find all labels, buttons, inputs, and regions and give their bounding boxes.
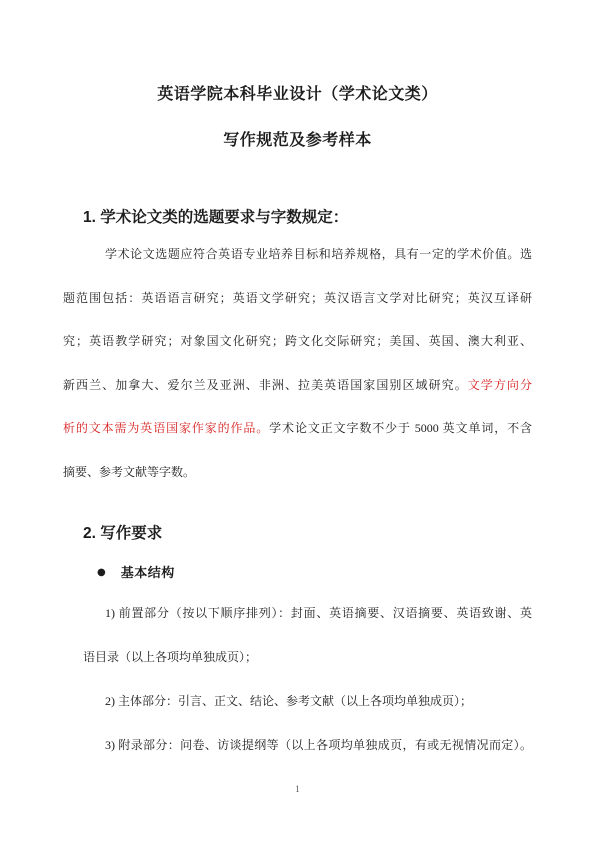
section1-paragraph: 学术论文选题应符合英语专业培养目标和培养规格，具有一定的学术价值。选 题范围包括…	[63, 233, 532, 494]
page-subtitle: 写作规范及参考样本	[63, 131, 532, 151]
bullet-label: 基本结构	[121, 563, 175, 583]
paragraph-text: 新西兰、加拿大、爱尔兰及亚洲、非洲、拉美英语国家国别区域研究。	[63, 378, 468, 392]
page-title: 英语学院本科毕业设计（学术论文类）	[63, 85, 532, 105]
list-item-3: 3) 附录部分：问卷、访谈提纲等（以上各项均单独成页，有或无视情况而定）。	[83, 723, 532, 767]
paragraph-line: 学术论文选题应符合英语专业培养目标和培养规格，具有一定的学术价值。选	[63, 233, 532, 277]
bullet-icon: ●	[97, 563, 106, 583]
paragraph-text: 摘要、参考文献等字数。	[63, 465, 195, 479]
red-emphasis-text: 文学方向分	[468, 378, 532, 392]
paragraph-line: 题范围包括：英语语言研究；英语文学研究；英汉语言文学对比研究；英汉互译研	[63, 277, 532, 321]
section1-heading: 1. 学术论文类的选题要求与字数规定：	[63, 208, 532, 227]
paragraph-line: 摘要、参考文献等字数。	[63, 451, 532, 495]
paragraph-line: 新西兰、加拿大、爱尔兰及亚洲、非洲、拉美英语国家国别区域研究。文学方向分	[63, 364, 532, 408]
list-item-1-line-1: 1) 前置部分（按以下顺序排列）：封面、英语摘要、汉语摘要、英语致谢、英	[83, 591, 532, 635]
paragraph-text: 学术论文正文字数不少于 5000 英文单词，不含	[269, 421, 532, 435]
red-emphasis-text: 析的文本需为英语国家作家的作品。	[63, 421, 269, 435]
paragraph-line: 究；英语教学研究；对象国文化研究；跨文化交际研究；美国、英国、澳大利亚、	[63, 320, 532, 364]
paragraph-line: 析的文本需为英语国家作家的作品。学术论文正文字数不少于 5000 英文单词，不含	[63, 407, 532, 451]
document-page: 英语学院本科毕业设计（学术论文类） 写作规范及参考样本 1. 学术论文类的选题要…	[0, 0, 595, 842]
list-item-2: 2) 主体部分：引言、正文、结论、参考文献（以上各项均单独成页）；	[83, 679, 532, 723]
paragraph-text: 学术论文选题应符合英语专业培养目标和培养规格，具有一定的学术价值。选	[105, 247, 532, 261]
numbered-list: 1) 前置部分（按以下顺序排列）：封面、英语摘要、汉语摘要、英语致谢、英 语目录…	[63, 591, 532, 767]
paragraph-text: 究；英语教学研究；对象国文化研究；跨文化交际研究；美国、英国、澳大利亚、	[63, 334, 532, 348]
list-item-1-line-2: 语目录（以上各项均单独成页）；	[83, 635, 532, 679]
bullet-row: ● 基本结构	[63, 563, 532, 583]
page-number: 1	[0, 784, 595, 794]
paragraph-text: 题范围包括：英语语言研究；英语文学研究；英汉语言文学对比研究；英汉互译研	[63, 291, 532, 305]
section2-heading: 2. 写作要求	[63, 524, 532, 543]
